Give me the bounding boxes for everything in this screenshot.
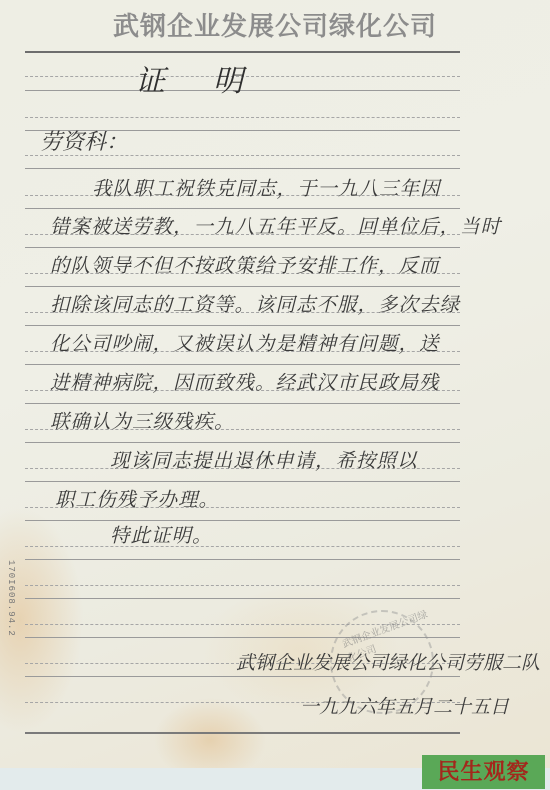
- body-line: 进精神病院，因而致残。经武汉市民政局残: [50, 367, 440, 395]
- ruled-line: [25, 598, 460, 599]
- signature: 武钢企业发展公司绿化公司劳服二队: [236, 648, 540, 675]
- ruled-line: [25, 585, 460, 586]
- ruled-line: [25, 481, 460, 482]
- ruled-line: [25, 117, 460, 118]
- ruled-line: [25, 168, 460, 169]
- body-line: 职工伤残予办理。: [55, 484, 219, 512]
- body-line: 我队职工祝铁克同志，于一九八三年因: [92, 173, 441, 201]
- signature-date: 一九九六年五月二十五日: [300, 692, 509, 719]
- document-page: 武钢企业发展公司绿化公司 证明 劳资科： 我队职工祝铁克同志，于一九八三年因 错…: [0, 0, 550, 768]
- body-line: 化公司吵闹，又被误认为是精神有问题，送: [50, 328, 440, 356]
- body-line: 的队领导不但不按政策给予安排工作，反而: [50, 250, 440, 278]
- letterhead: 武钢企业发展公司绿化公司: [0, 6, 550, 43]
- ruled-line: [25, 208, 460, 209]
- document-title: 证明: [135, 56, 291, 100]
- ruled-line: [25, 364, 460, 365]
- ruled-line-bottom: [25, 732, 460, 734]
- body-line: 现该同志提出退休申请，希按照以: [110, 445, 418, 473]
- greeting: 劳资科：: [40, 125, 128, 156]
- body-line: 特此证明。: [110, 520, 213, 548]
- body-line: 扣除该同志的工资等。该同志不服，多次去绿: [50, 289, 460, 317]
- ruled-line: [25, 325, 460, 326]
- ruled-line: [25, 247, 460, 248]
- watermark-badge: 民生观察: [422, 755, 545, 789]
- body-line: 联确认为三级残疾。: [50, 406, 235, 434]
- ruled-line: [25, 442, 460, 443]
- letterhead-rule: [25, 51, 460, 53]
- ruled-line: [25, 559, 460, 560]
- side-serial-code: 170I608.94.2: [6, 560, 16, 637]
- ruled-line: [25, 546, 460, 547]
- ruled-line: [25, 286, 460, 287]
- ruled-line: [25, 520, 460, 521]
- ruled-line: [25, 403, 460, 404]
- body-line: 错案被送劳教，一九八五年平反。回单位后，当时: [50, 211, 501, 239]
